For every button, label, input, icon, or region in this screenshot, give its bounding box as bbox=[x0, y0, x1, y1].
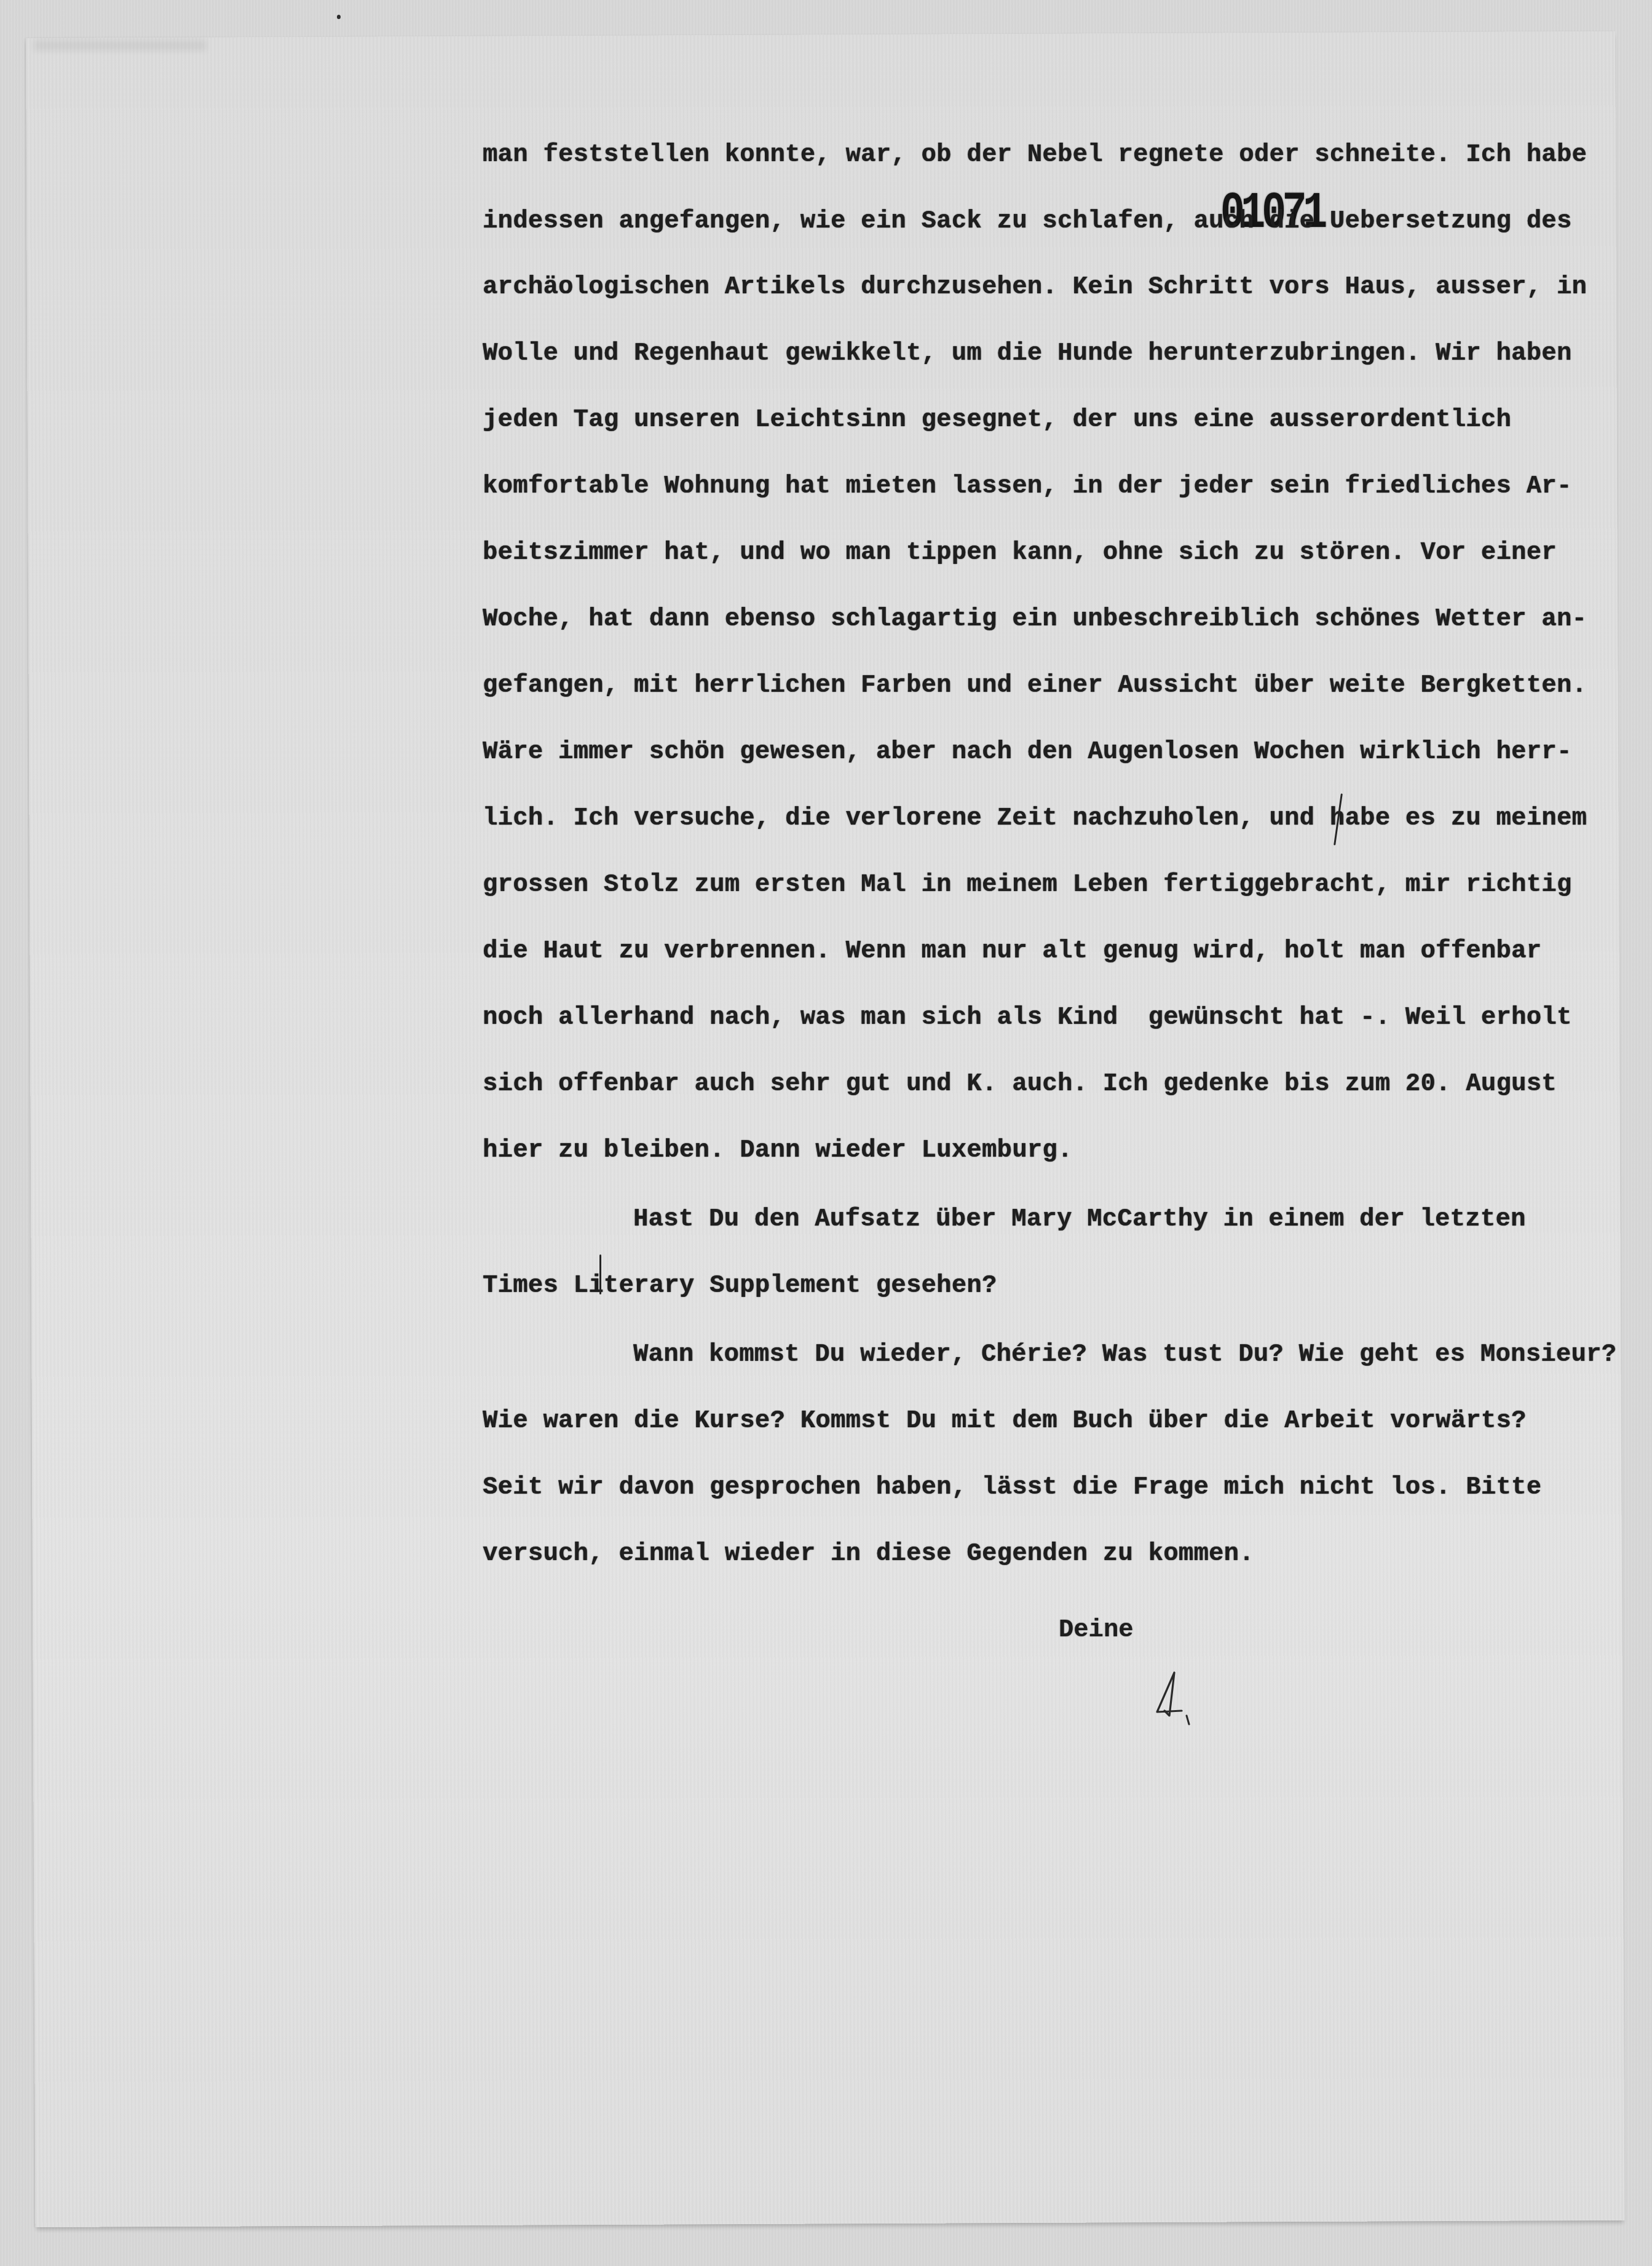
body-line: beitszimmer hat, und wo man tippen kann,… bbox=[483, 534, 1557, 571]
body-line: Seit wir davon gesprochen haben, lässt d… bbox=[483, 1469, 1541, 1506]
body-line: man feststellen konnte, war, ob der Nebe… bbox=[483, 137, 1587, 173]
body-line: lich. Ich versuche, die verlorene Zeit n… bbox=[483, 800, 1587, 837]
handwritten-signature bbox=[1151, 1668, 1206, 1735]
body-line: komfortable Wohnung hat mieten lassen, i… bbox=[483, 468, 1571, 505]
body-line: sich offenbar auch sehr gut und K. auch.… bbox=[483, 1066, 1557, 1103]
body-line: Woche, hat dann ebenso schlagartig ein u… bbox=[483, 601, 1587, 638]
body-line: Wie waren die Kurse? Kommst Du mit dem B… bbox=[483, 1403, 1527, 1440]
body-line: Wäre immer schön gewesen, aber nach den … bbox=[483, 734, 1571, 771]
body-line: indessen angefangen, wie ein Sack zu sch… bbox=[483, 203, 1571, 240]
handwritten-insertion-mark bbox=[599, 1254, 601, 1294]
body-line: gefangen, mit herrlichen Farben und eine… bbox=[483, 667, 1587, 704]
body-line: archäologischen Artikels durchzusehen. K… bbox=[483, 269, 1587, 306]
letter-body: man feststellen konnte, war, ob der Nebe… bbox=[483, 0, 1608, 764]
body-line: jeden Tag unseren Leichtsinn gesegnet, d… bbox=[483, 402, 1511, 438]
paper-fold-shadow bbox=[34, 40, 206, 51]
ink-speck bbox=[337, 15, 341, 19]
closing-salutation: Deine bbox=[1059, 1616, 1134, 1644]
body-line: versuch, einmal wieder in diese Gegenden… bbox=[483, 1535, 1254, 1572]
signature-initial-icon bbox=[1151, 1668, 1206, 1735]
body-line: grossen Stolz zum ersten Mal in meinem L… bbox=[483, 866, 1571, 903]
body-line: noch allerhand nach, was man sich als Ki… bbox=[483, 999, 1571, 1036]
body-line: Times Literary Supplement gesehen? bbox=[483, 1267, 997, 1304]
body-line: Wolle und Regenhaut gewikkelt, um die Hu… bbox=[483, 335, 1571, 372]
paragraph-start-line: Wann kommst Du wieder, Chérie? Was tust … bbox=[633, 1336, 1616, 1373]
paragraph-start-line: Hast Du den Aufsatz über Mary McCarthy i… bbox=[633, 1201, 1526, 1238]
body-line: die Haut zu verbrennen. Wenn man nur alt… bbox=[483, 933, 1541, 970]
body-line: hier zu bleiben. Dann wieder Luxemburg. bbox=[483, 1132, 1073, 1169]
